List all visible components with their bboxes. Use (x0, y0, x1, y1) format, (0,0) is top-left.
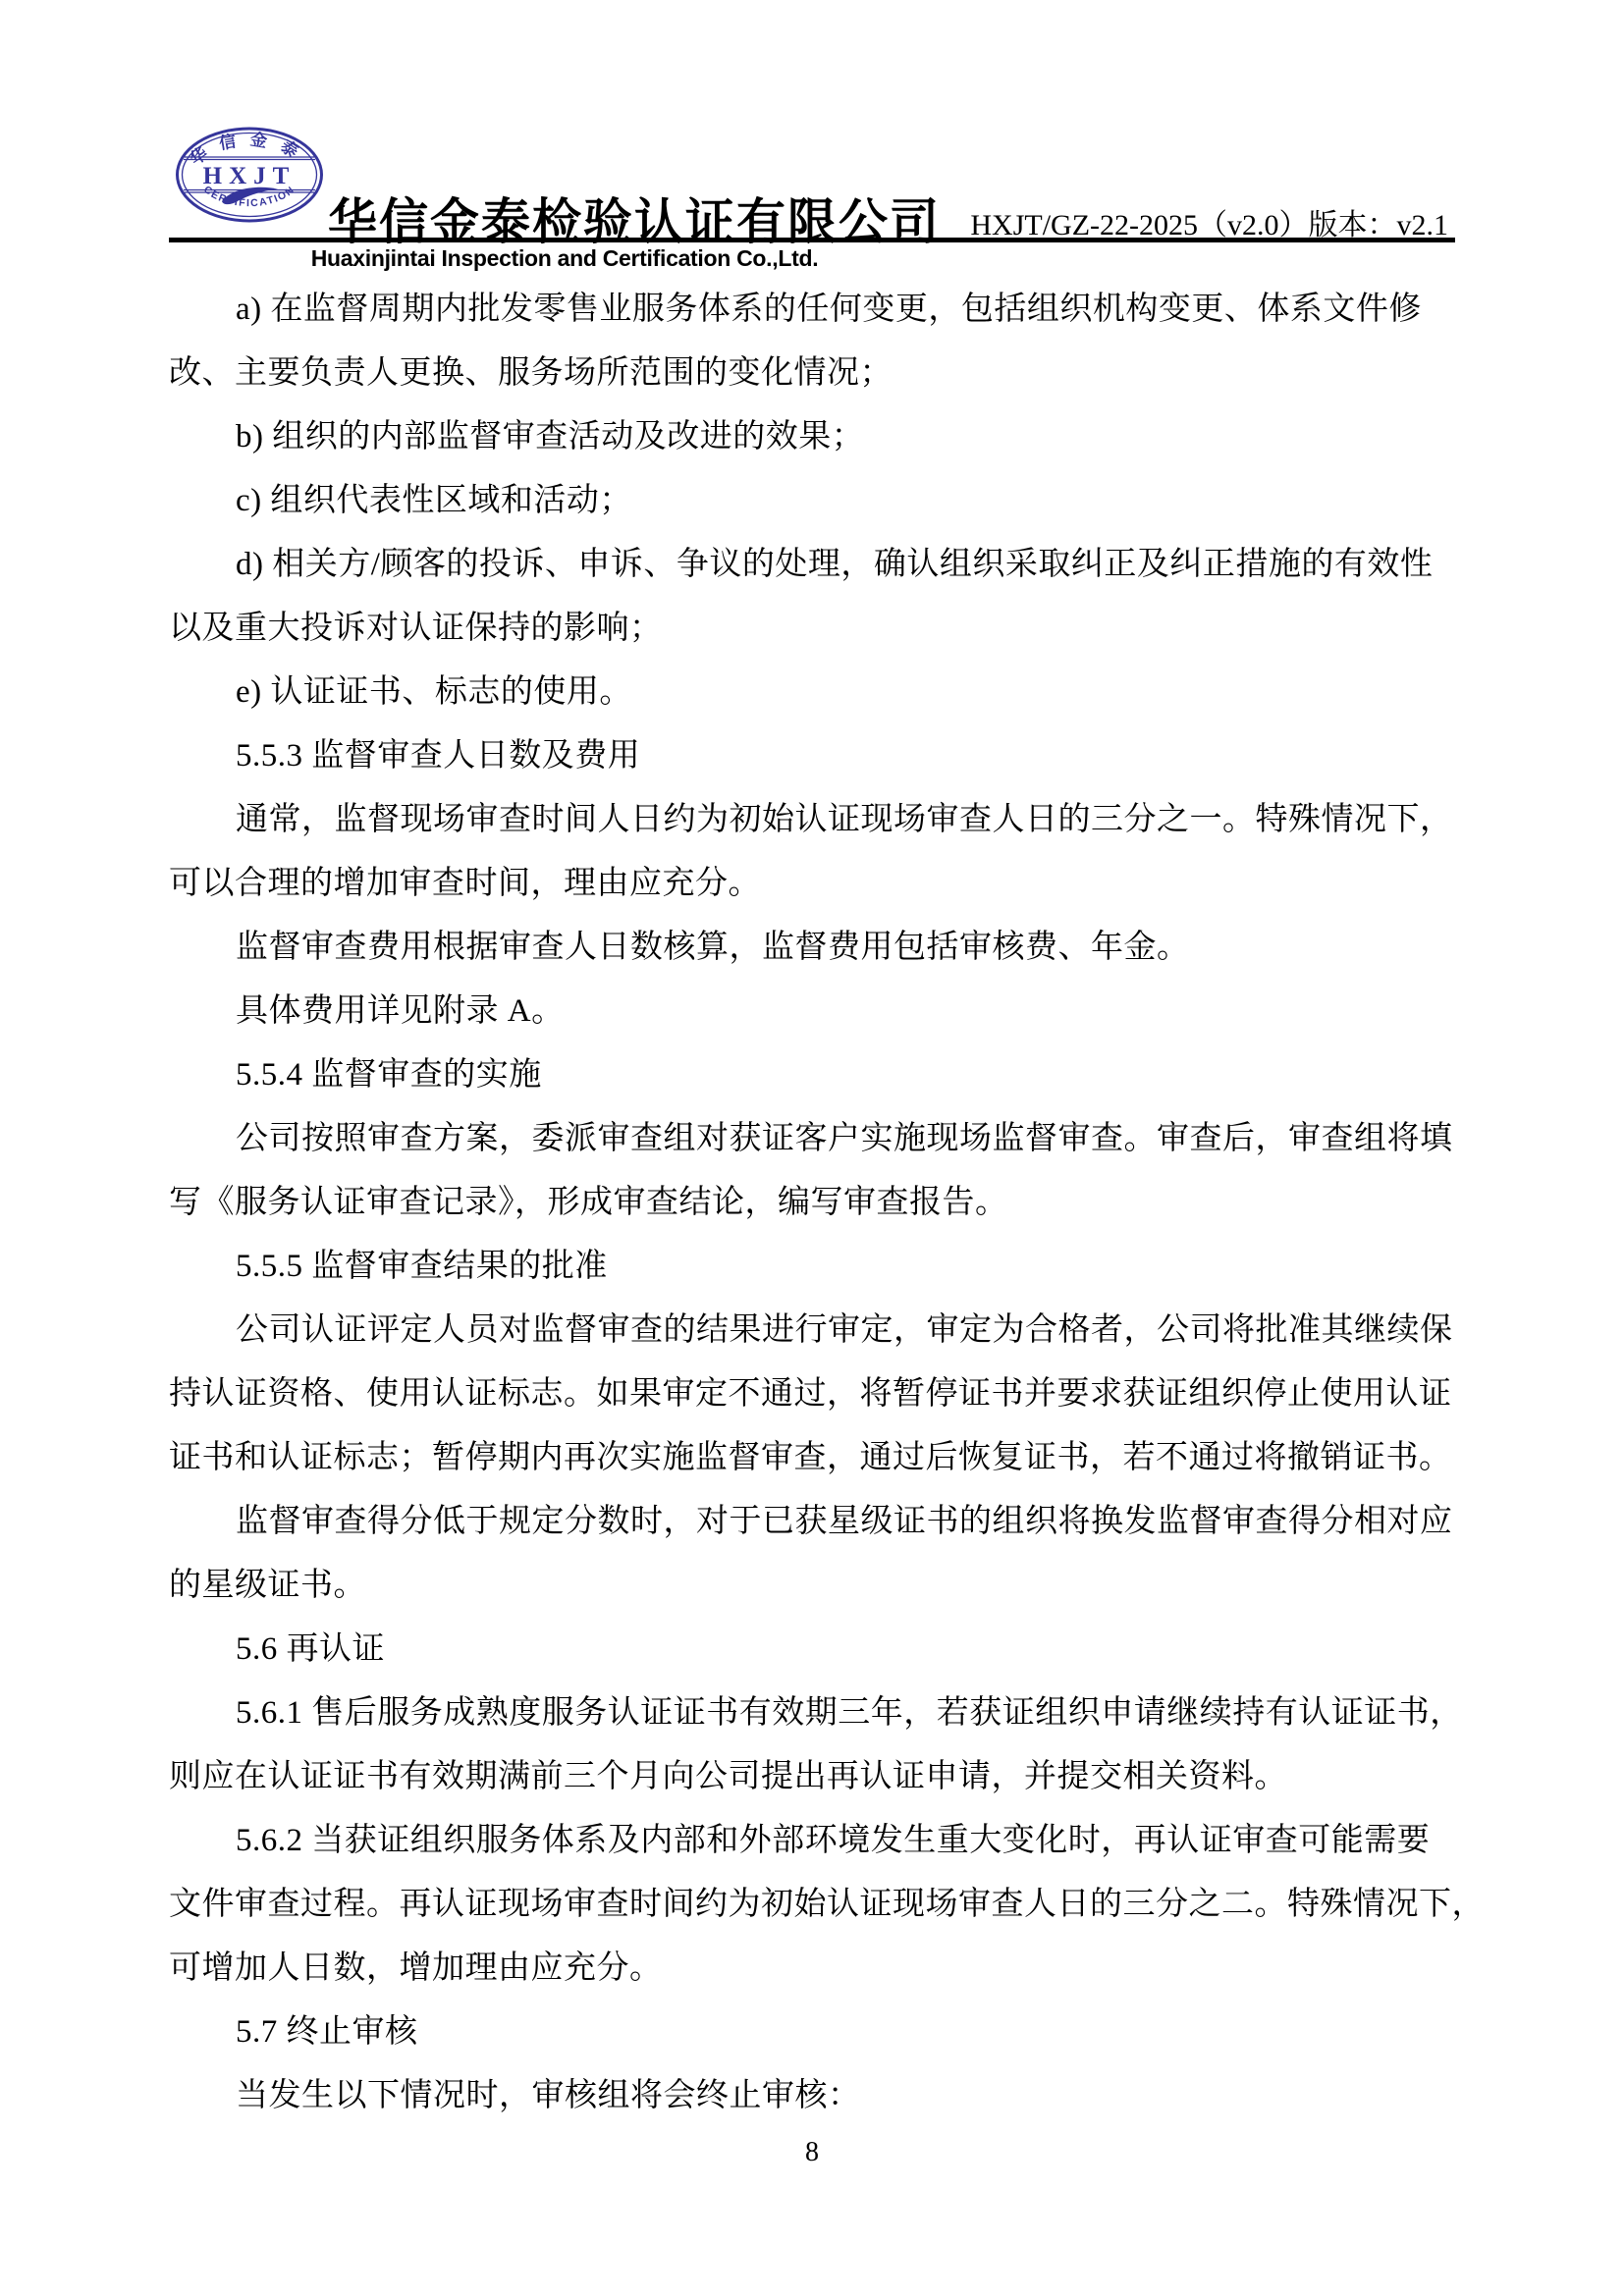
logo-acronym: HXJT (203, 163, 297, 189)
text-line: 具体费用详见附录 A。 (169, 980, 1441, 1043)
hxjt-logo: 华信金泰 HXJT CERTIFICATION (175, 126, 324, 224)
text-line: 5.6 再认证 (169, 1618, 1441, 1682)
text-line: 公司按照审查方案，委派审查组对获证客户实施现场监督审查。审查后，审查组将填 (169, 1107, 1441, 1171)
text-line: 以及重大投诉对认证保持的影响； (169, 597, 1441, 661)
text-line: 则应在认证证书有效期满前三个月向公司提出再认证申请，并提交相关资料。 (169, 1745, 1441, 1809)
text-line: 证书和认证标志；暂停期内再次实施监督审查，通过后恢复证书，若不通过将撤销证书。 (169, 1426, 1441, 1490)
text-line: 通常，监督现场审查时间人日约为初始认证现场审查人日的三分之一。特殊情况下， (169, 788, 1441, 852)
text-line: 当发生以下情况时，审核组将会终止审核： (169, 2064, 1441, 2128)
text-line: e) 认证证书、标志的使用。 (169, 661, 1441, 724)
document-page: 华信金泰 HXJT CERTIFICATION 华信金泰检验认证有限公司 HXJ… (0, 0, 1624, 2296)
text-line: 可增加人日数，增加理由应充分。 (169, 1937, 1441, 2001)
text-line: 5.6.2 当获证组织服务体系及内部和外部环境发生重大变化时，再认证审查可能需要 (169, 1809, 1441, 1873)
text-line: b) 组织的内部监督审查活动及改进的效果； (169, 405, 1441, 469)
text-line: 5.5.4 监督审查的实施 (169, 1043, 1441, 1107)
text-line: 持认证资格、使用认证标志。如果审定不通过，将暂停证书并要求获证组织停止使用认证 (169, 1362, 1441, 1426)
text-line: 监督审查费用根据审查人日数核算，监督费用包括审核费、年金。 (169, 916, 1441, 980)
text-line: 5.5.3 监督审查人日数及费用 (169, 724, 1441, 788)
text-line: 公司认证评定人员对监督审查的结果进行审定，审定为合格者，公司将批准其继续保 (169, 1299, 1441, 1362)
text-line: 的星级证书。 (169, 1554, 1441, 1618)
text-line: 5.5.5 监督审查结果的批准 (169, 1235, 1441, 1299)
company-name-chinese: 华信金泰检验认证有限公司 (328, 183, 937, 253)
document-body: a) 在监督周期内批发零售业服务体系的任何变更，包括组织机构变更、体系文件修改、… (169, 278, 1441, 2128)
text-line: a) 在监督周期内批发零售业服务体系的任何变更，包括组织机构变更、体系文件修 (169, 278, 1441, 342)
page-number: 8 (0, 2133, 1624, 2172)
text-line: 文件审查过程。再认证现场审查时间约为初始认证现场审查人日的三分之二。特殊情况下， (169, 1873, 1441, 1937)
text-line: d) 相关方/顾客的投诉、申诉、争议的处理，确认组织采取纠正及纠正措施的有效性 (169, 533, 1441, 597)
text-line: 5.7 终止审核 (169, 2001, 1441, 2064)
company-name-english: Huaxinjintai Inspection and Certificatio… (295, 245, 835, 272)
text-line: 写《服务认证审查记录》，形成审查结论，编写审查报告。 (169, 1171, 1441, 1235)
text-line: 监督审查得分低于规定分数时，对于已获星级证书的组织将换发监督审查得分相对应 (169, 1490, 1441, 1554)
text-line: 5.6.1 售后服务成熟度服务认证证书有效期三年，若获证组织申请继续持有认证证书… (169, 1682, 1441, 1745)
text-line: 改、主要负责人更换、服务场所范围的变化情况； (169, 342, 1441, 405)
text-line: c) 组织代表性区域和活动； (169, 469, 1441, 533)
text-line: 可以合理的增加审查时间，理由应充分。 (169, 852, 1441, 916)
header-divider (169, 238, 1455, 242)
